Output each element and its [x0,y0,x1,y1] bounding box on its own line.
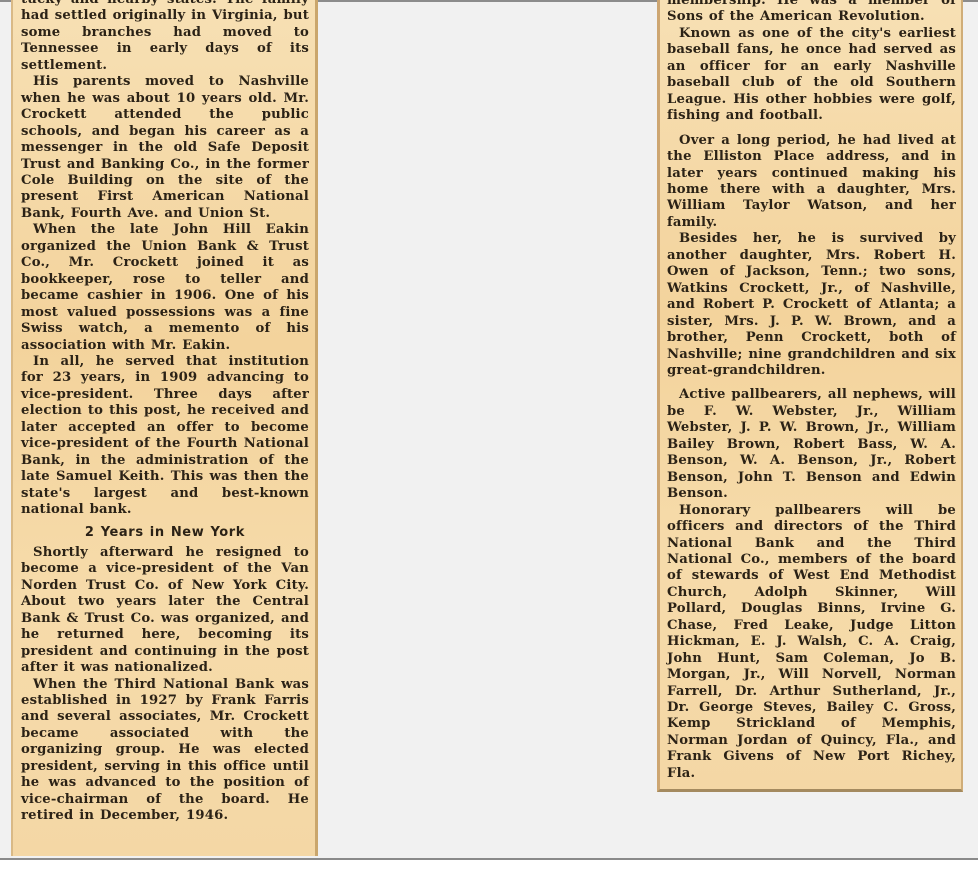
paragraph: Known as one of the city's earliest base… [667,26,956,125]
paragraph: When the late John Hill Eakin organized … [21,222,309,354]
paragraph: Over a long period, he had lived at the … [667,133,956,232]
paragraph: tucky and nearby states. The family had … [21,0,309,74]
clipping-right-column: membership. He was a member of Sons of t… [657,0,963,792]
paragraph: Active pallbearers, all nephews, will be… [667,387,956,502]
scan-bottom-edge [0,858,978,875]
paragraph: His parents moved to Nashville when he w… [21,74,309,222]
paragraph: In all, he served that institution for 2… [21,354,309,519]
left-column-text: tucky and nearby states. The family had … [21,0,309,825]
paragraph: When the Third National Bank was establi… [21,677,309,825]
paragraph: Besides her, he is survived by another d… [667,231,956,379]
paragraph: membership. He was a member of Sons of t… [667,0,956,26]
right-column-text: membership. He was a member of Sons of t… [667,0,956,782]
clipping-left-column: tucky and nearby states. The family had … [11,0,318,856]
paragraph: Honorary pallbearers will be officers an… [667,503,956,783]
section-subhead: 2 Years in New York [21,525,309,541]
paragraph: Shortly afterward he resigned to become … [21,545,309,677]
